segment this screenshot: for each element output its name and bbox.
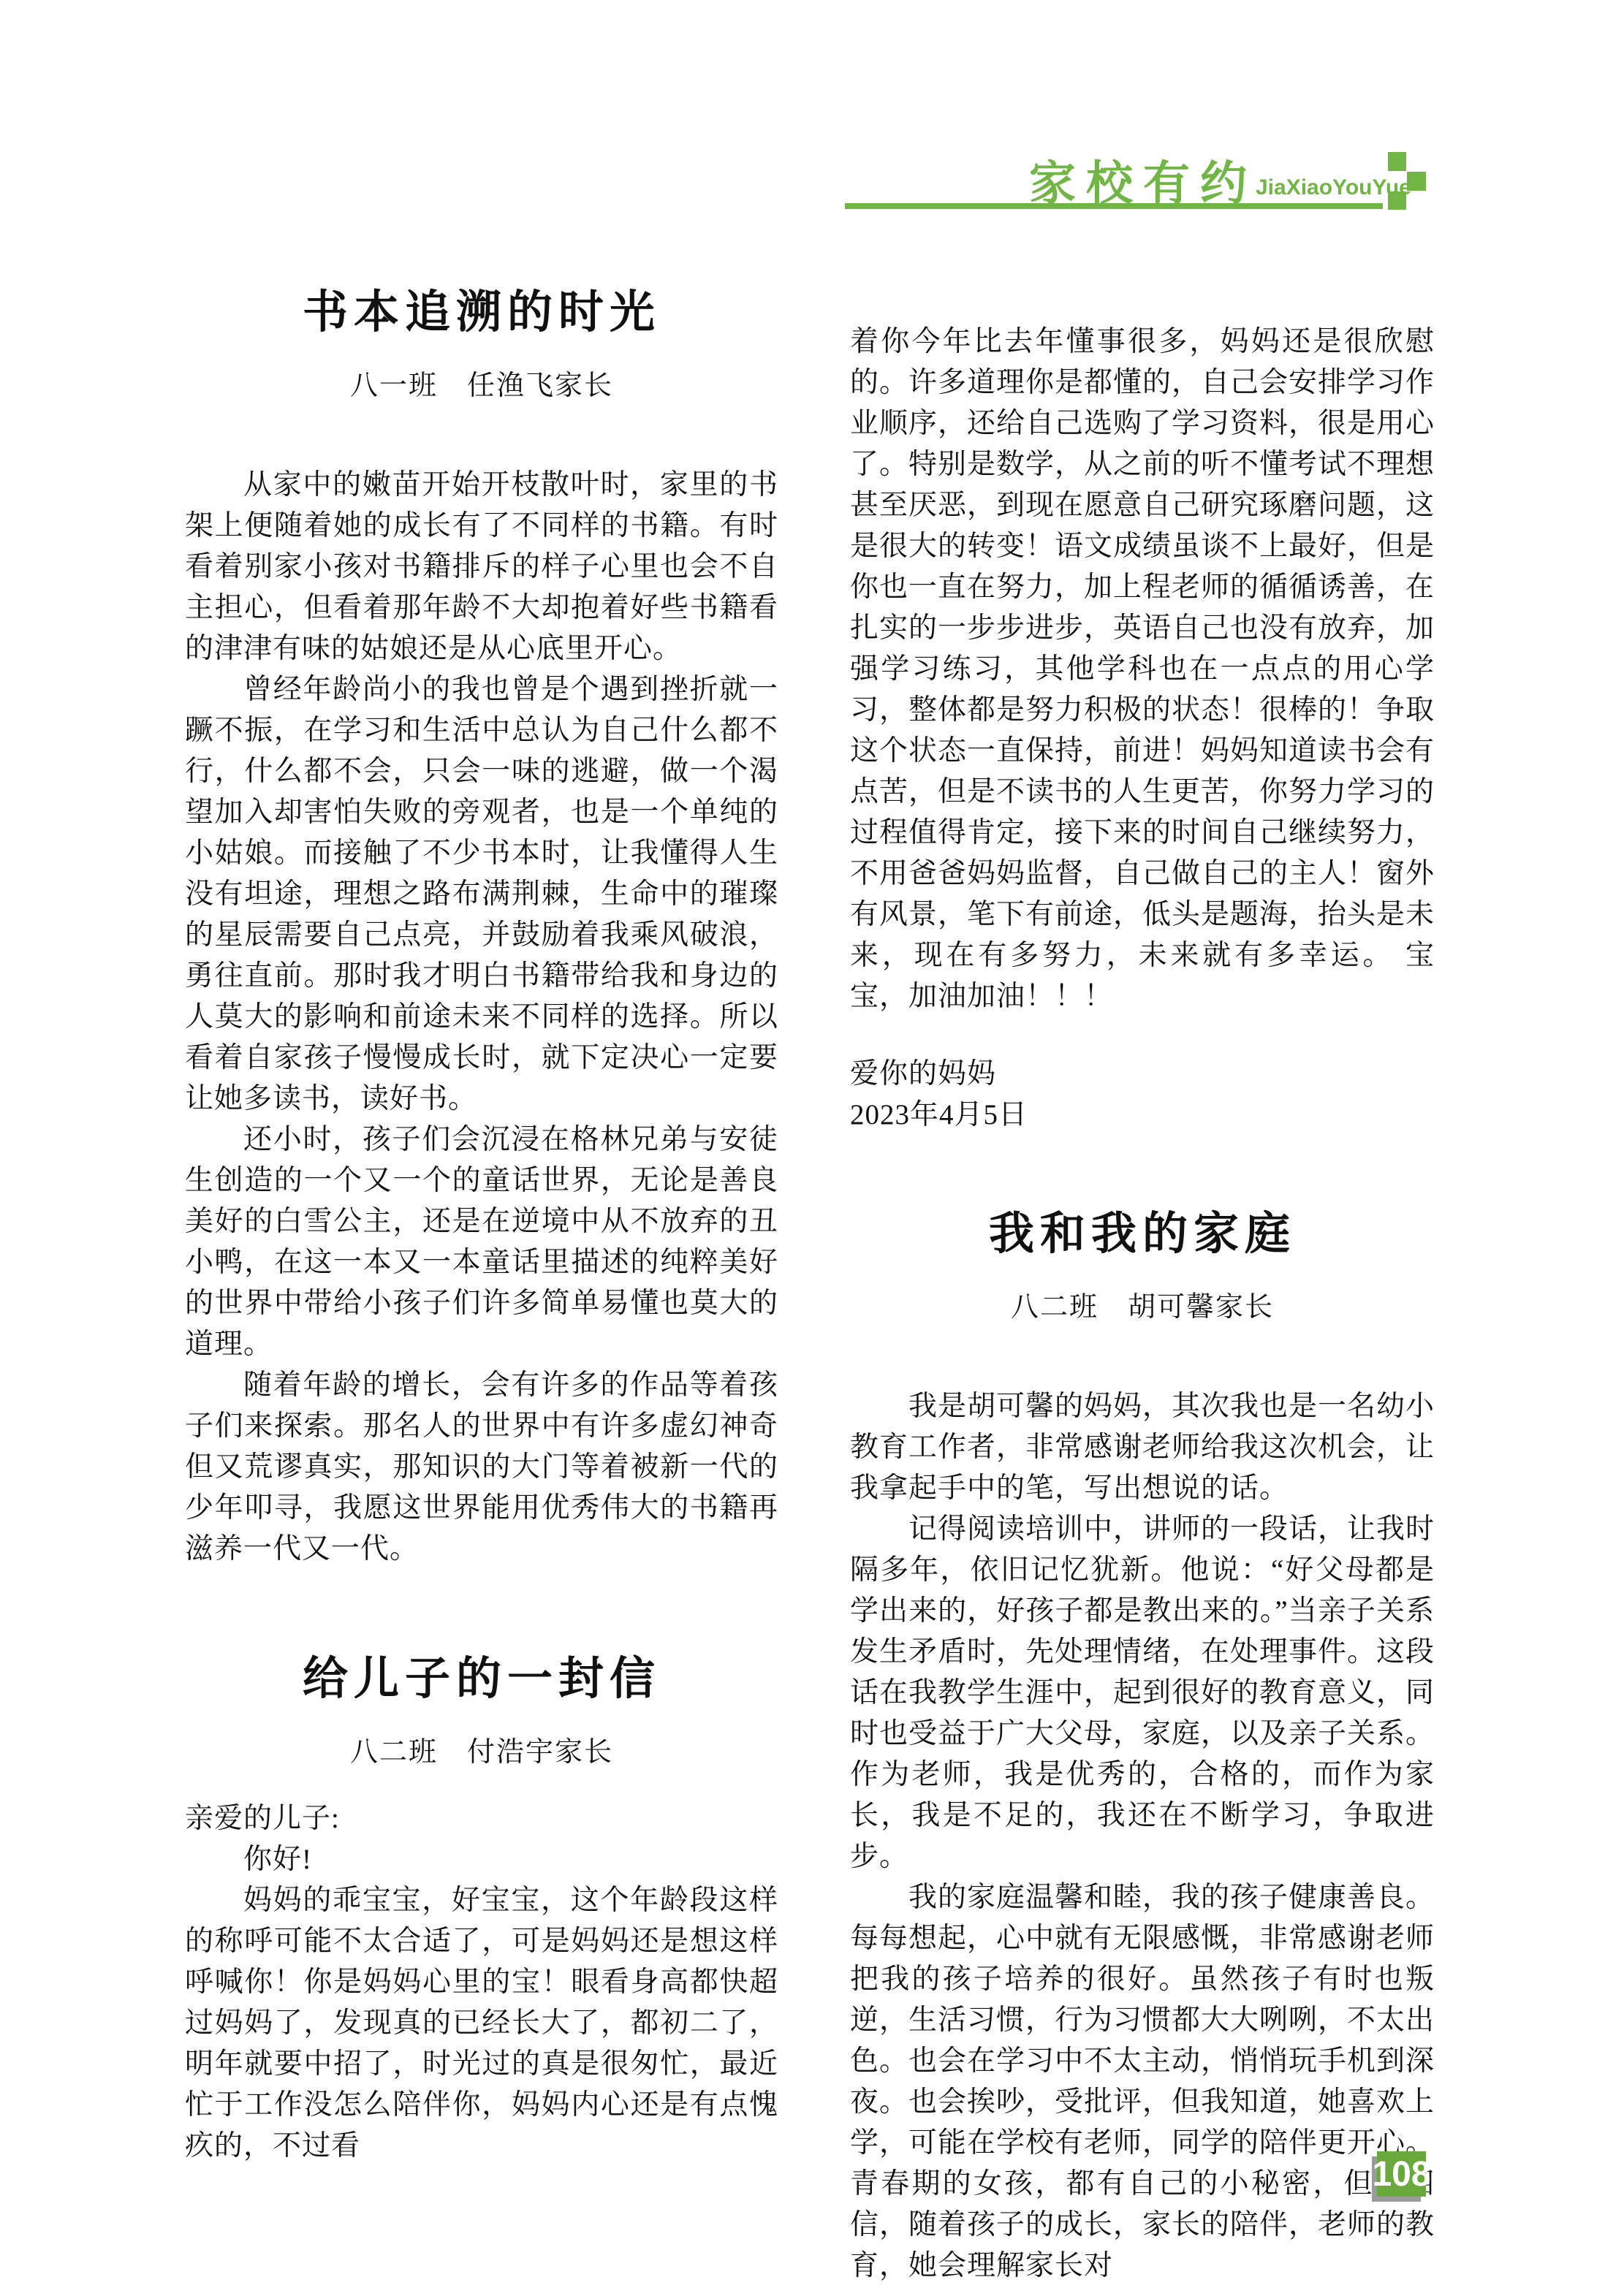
magazine-page: 家校有约 JiaXiaoYouYue 书本追溯的时光 八一班 任渔飞家长 从家中… — [0, 0, 1624, 2296]
article-letter-title: 给儿子的一封信 — [185, 1650, 778, 1708]
paragraph: 从家中的嫩苗开始开枝散叶时，家里的书架上便随着她的成长有了不同样的书籍。有时看着… — [185, 465, 778, 669]
article-family-title: 我和我的家庭 — [850, 1205, 1435, 1263]
letter-greeting: 你好! — [185, 1839, 778, 1880]
deco-square-3 — [1388, 191, 1406, 210]
paragraph: 记得阅读培训中，讲师的一段话，让我时隔多年，依旧记忆犹新。他说：“好父母都是学出… — [850, 1509, 1435, 1877]
article-letter: 给儿子的一封信 八二班 付浩宇家长 亲爱的儿子: 你好! 妈妈的乖宝宝，好宝宝，… — [185, 1650, 778, 2167]
letter-signature: 爱你的妈妈 — [850, 1054, 1435, 1095]
right-column: 着你今年比去年懂事很多，妈妈还是很欣慰的。许多道理你是都懂的，自己会安排学习作业… — [850, 322, 1435, 2287]
page-number-badge: 108 — [1377, 2151, 1426, 2197]
paragraph: 我是胡可馨的妈妈，其次我也是一名幼小教育工作者，非常感谢老师给我这次机会，让我拿… — [850, 1386, 1435, 1509]
article-books-byline: 八一班 任渔飞家长 — [185, 362, 778, 403]
article-books-title: 书本追溯的时光 — [185, 284, 778, 342]
paragraph: 随着年龄的增长，会有许多的作品等着孩子们来探索。那名人的世界中有许多虚幻神奇但又… — [185, 1365, 778, 1570]
page-number: 108 — [1372, 2154, 1430, 2194]
deco-square-1 — [1388, 152, 1406, 171]
letter-date: 2023年4月5日 — [850, 1095, 1435, 1136]
header-rule — [845, 203, 1383, 209]
article-books: 书本追溯的时光 八一班 任渔飞家长 从家中的嫩苗开始开枝散叶时，家里的书架上便随… — [185, 284, 778, 1570]
letter-salutation: 亲爱的儿子: — [185, 1798, 778, 1839]
article-letter-byline: 八二班 付浩宇家长 — [185, 1729, 778, 1769]
article-family-byline: 八二班 胡可馨家长 — [850, 1284, 1435, 1324]
paragraph: 还小时，孩子们会沉浸在格林兄弟与安徒生创造的一个又一个的童话世界，无论是善良美好… — [185, 1120, 778, 1365]
article-family: 我和我的家庭 八二班 胡可馨家长 我是胡可馨的妈妈，其次我也是一名幼小教育工作者… — [850, 1205, 1435, 2287]
paragraph: 曾经年龄尚小的我也曾是个遇到挫折就一蹶不振，在学习和生活中总认为自己什么都不行，… — [185, 669, 778, 1120]
deco-square-2 — [1407, 172, 1426, 191]
letter-body-continuation: 着你今年比去年懂事很多，妈妈还是很欣慰的。许多道理你是都懂的，自己会安排学习作业… — [850, 322, 1435, 1017]
letter-body-start: 妈妈的乖宝宝，好宝宝，这个年龄段这样的称呼可能不太合适了，可是妈妈还是想这样呼喊… — [185, 1880, 778, 2167]
paragraph: 我的家庭温馨和睦，我的孩子健康善良。每每想起，心中就有无限感慨，非常感谢老师把我… — [850, 1877, 1435, 2287]
left-column: 书本追溯的时光 八一班 任渔飞家长 从家中的嫩苗开始开枝散叶时，家里的书架上便随… — [185, 284, 778, 2167]
